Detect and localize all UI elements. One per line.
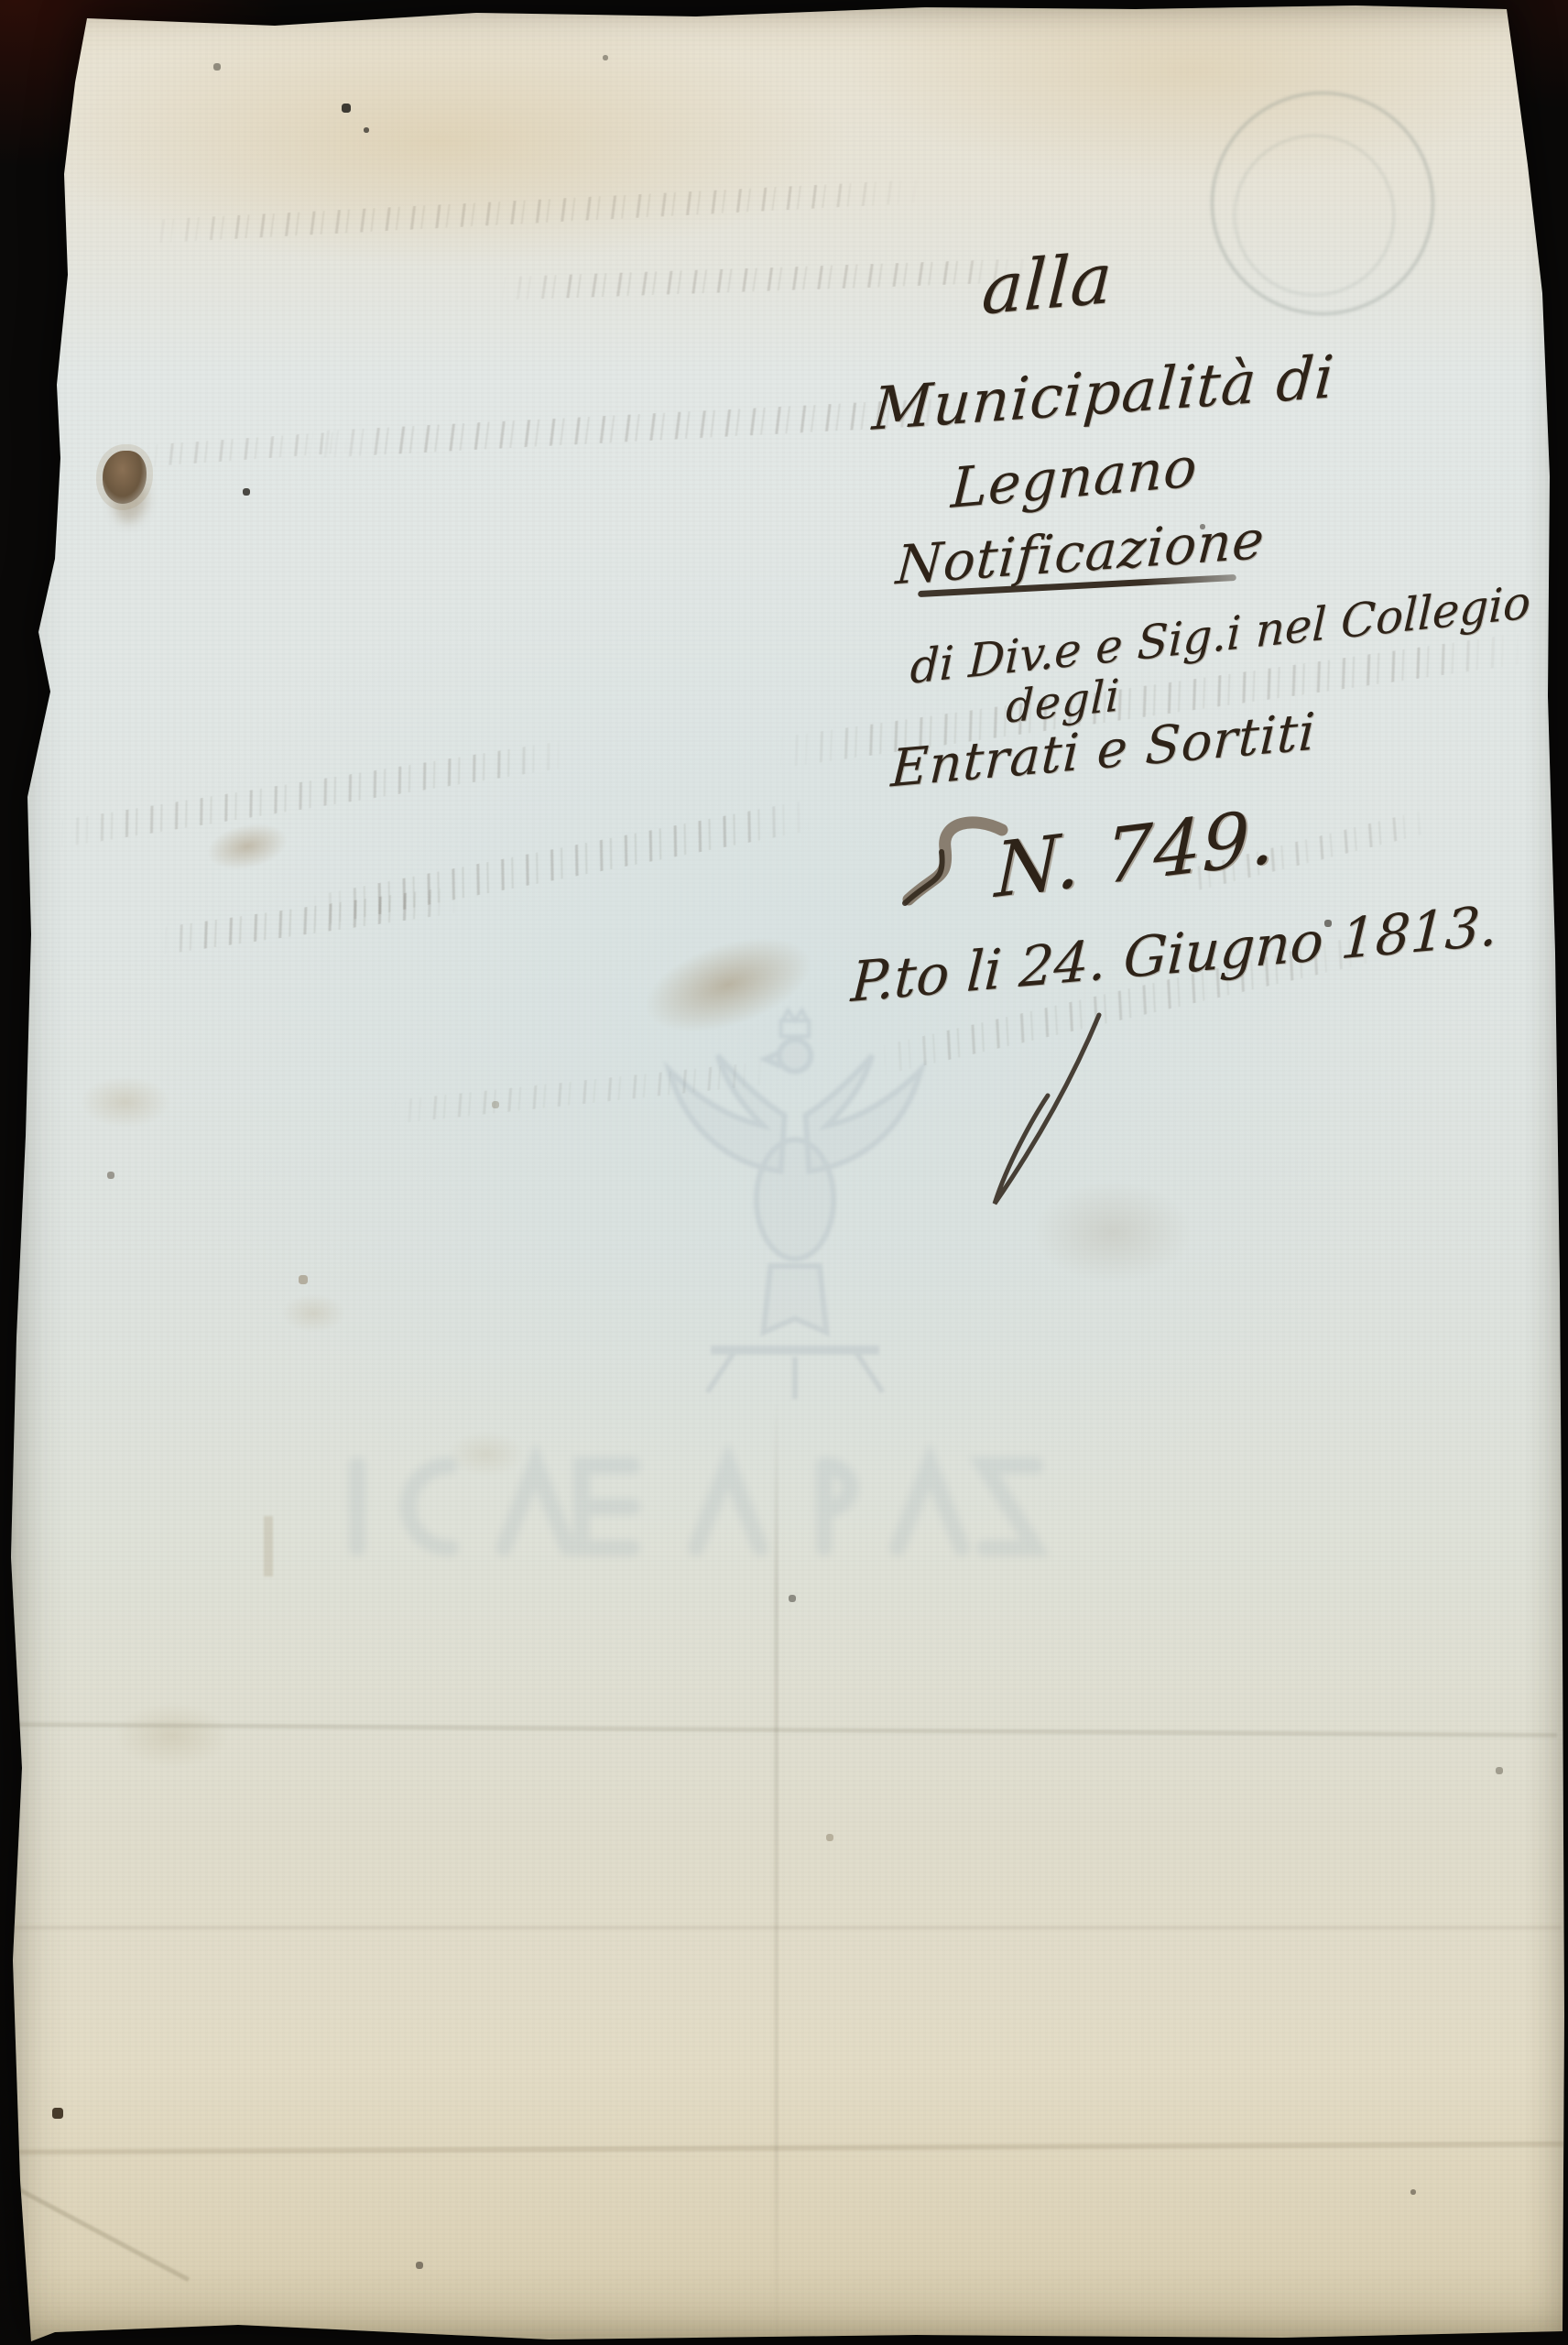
embossed-stamp-circle-icon (1211, 92, 1434, 315)
ink-bleedthrough-row (146, 431, 348, 466)
paper-crease (774, 1402, 779, 2345)
paper-specks (0, 0, 2, 2)
handwritten-salutation: alla (980, 243, 1115, 324)
document-page: alla Municipalità di Legnano Notificazio… (0, 0, 1568, 2345)
handwritten-recipient-line2: Legnano (950, 440, 1199, 517)
paper-crease (18, 1722, 1557, 1738)
paper-crease (9, 2142, 1566, 2155)
ink-smear (202, 816, 292, 877)
handwritten-recipient-line1: Municipalità di (870, 348, 1336, 440)
paper-crease (0, 2175, 190, 2282)
document-page-wrap: alla Municipalità di Legnano Notificazio… (0, 0, 1568, 2345)
dateline-descender-flourish (953, 1008, 1136, 1218)
ink-bleedthrough-row (51, 740, 572, 849)
handwritten-reference-number: N. 749. (994, 800, 1275, 910)
mirrored-print-bleedthrough (311, 1443, 1081, 1571)
ink-bleedthrough-row (495, 258, 1036, 301)
paper-crease (14, 1925, 1562, 1930)
paper-fiber-mark (264, 1516, 273, 1576)
imperial-eagle-watermark-icon (603, 1003, 987, 1406)
ink-bleedthrough-row (137, 180, 925, 245)
ink-blot (103, 451, 147, 504)
photo-background: alla Municipalità di Legnano Notificazio… (0, 0, 1568, 2345)
